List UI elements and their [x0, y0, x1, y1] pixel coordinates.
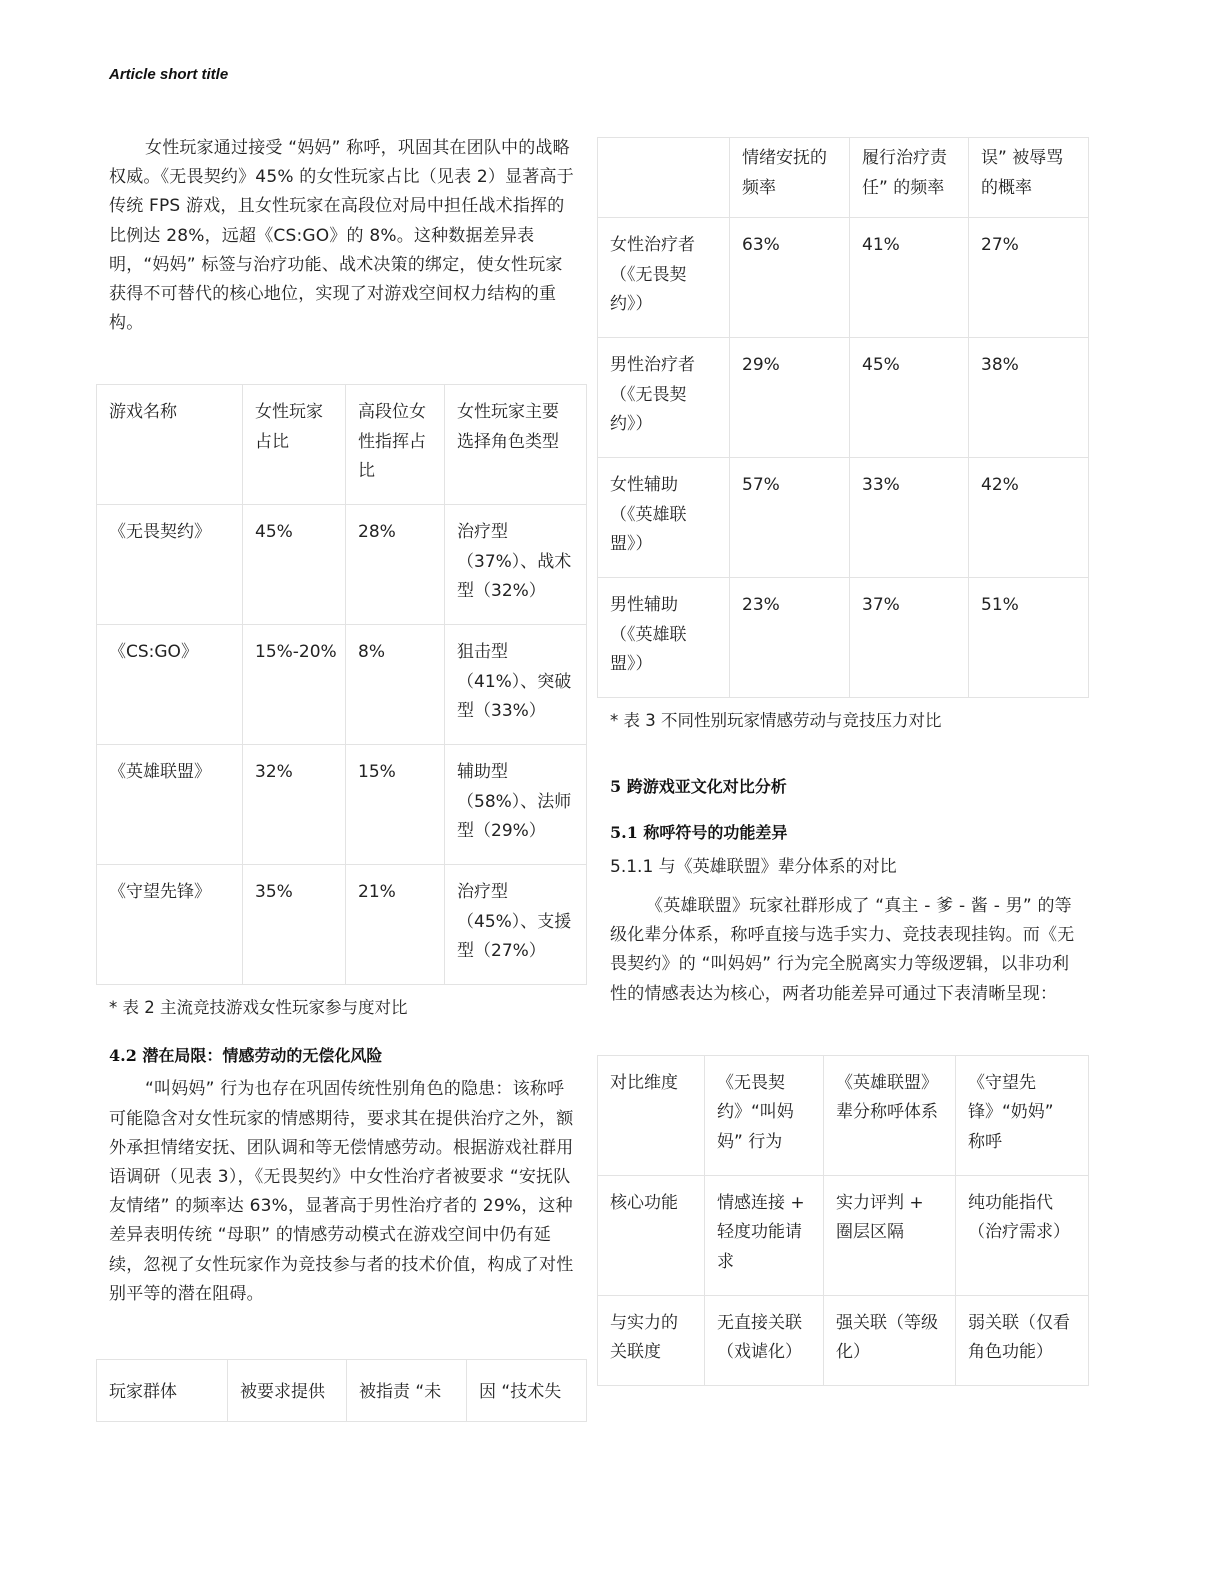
table-cell: 21% [346, 865, 445, 985]
paragraph-emotional-labor: “叫妈妈” 行为也存在巩固传统性别角色的隐患：该称呼可能隐含对女性玩家的情感期待… [96, 1075, 587, 1309]
table-cell: 《CS:GO》 [97, 625, 243, 745]
table-cell: 38% [969, 338, 1089, 458]
table-cell: 37% [850, 578, 969, 698]
table-row: 《英雄联盟》 32% 15% 辅助型（58%）、法师型（29%） [97, 745, 587, 865]
table-header-cell: 《守望先锋》“奶妈” 称呼 [956, 1055, 1089, 1175]
table-cell: 女性辅助（《英雄联盟》） [598, 458, 730, 578]
table-2-caption: * 表 2 主流竞技游戏女性玩家参与度对比 [96, 995, 587, 1021]
table-cell: 15% [346, 745, 445, 865]
right-column: 情绪安抚的频率 履行治疗责任” 的频率 误” 被辱骂的概率 女性治疗者（《无畏契… [597, 130, 1089, 1386]
table-header-row: 玩家群体 被要求提供 被指责 “未 因 “技术失 [97, 1360, 587, 1422]
table-3-header-part: 玩家群体 被要求提供 被指责 “未 因 “技术失 [96, 1359, 587, 1422]
table-cell: 63% [730, 218, 850, 338]
table-cell: 与实力的关联度 [598, 1295, 705, 1385]
table-header-row: 情绪安抚的频率 履行治疗责任” 的频率 误” 被辱骂的概率 [598, 138, 1089, 218]
table-cell: 57% [730, 458, 850, 578]
table-header-cell: 女性玩家占比 [243, 385, 346, 505]
table-row: 《CS:GO》 15%-20% 8% 狙击型（41%）、突破型（33%） [97, 625, 587, 745]
left-column: 女性玩家通过接受 “妈妈” 称呼，巩固其在团队中的战略权威。《无畏契约》45% … [96, 130, 587, 1422]
paragraph-mama-authority: 女性玩家通过接受 “妈妈” 称呼，巩固其在团队中的战略权威。《无畏契约》45% … [96, 130, 587, 338]
table-row: 女性辅助（《英雄联盟》） 57% 33% 42% [598, 458, 1089, 578]
table-cell: 强关联（等级化） [824, 1295, 956, 1385]
table-cell: 35% [243, 865, 346, 985]
table-cell: 28% [346, 505, 445, 625]
table-header-cell: 误” 被辱骂的概率 [969, 138, 1089, 218]
table-header-cell: 游戏名称 [97, 385, 243, 505]
table-3-caption: * 表 3 不同性别玩家情感劳动与竞技压力对比 [597, 708, 1089, 734]
table-4-naming-comparison: 对比维度 《无畏契约》“叫妈妈” 行为 《英雄联盟》辈分称呼体系 《守望先锋》“… [597, 1055, 1089, 1386]
table-cell: 狙击型（41%）、突破型（33%） [445, 625, 587, 745]
section-5-1-heading: 5.1 称呼符号的功能差异 [597, 820, 1089, 846]
table-header-cell: 因 “技术失 [467, 1360, 587, 1422]
table-cell: 纯功能指代（治疗需求） [956, 1175, 1089, 1295]
table-header-cell: 玩家群体 [97, 1360, 228, 1422]
table-cell: 15%-20% [243, 625, 346, 745]
table-cell: 《无畏契约》 [97, 505, 243, 625]
table-cell: 男性治疗者（《无畏契约》） [598, 338, 730, 458]
table-row: 核心功能 情感连接 + 轻度功能请求 实力评判 + 圈层区隔 纯功能指代（治疗需… [598, 1175, 1089, 1295]
table-cell: 29% [730, 338, 850, 458]
table-cell: 45% [850, 338, 969, 458]
table-cell: 弱关联（仅看角色功能） [956, 1295, 1089, 1385]
table-header-row: 对比维度 《无畏契约》“叫妈妈” 行为 《英雄联盟》辈分称呼体系 《守望先锋》“… [598, 1055, 1089, 1175]
table-row: 《守望先锋》 35% 21% 治疗型（45%）、支援型（27%） [97, 865, 587, 985]
running-title: Article short title [109, 66, 228, 83]
table-row: 男性治疗者（《无畏契约》） 29% 45% 38% [598, 338, 1089, 458]
table-cell: 8% [346, 625, 445, 745]
table-cell: 男性辅助（《英雄联盟》） [598, 578, 730, 698]
table-cell: 45% [243, 505, 346, 625]
table-header-cell: 《英雄联盟》辈分称呼体系 [824, 1055, 956, 1175]
section-5-heading: 5 跨游戏亚文化对比分析 [597, 774, 1089, 800]
table-row: 《无畏契约》 45% 28% 治疗型（37%）、战术型（32%） [97, 505, 587, 625]
table-header-cell: 《无畏契约》“叫妈妈” 行为 [705, 1055, 824, 1175]
table-cell: 32% [243, 745, 346, 865]
table-cell: 42% [969, 458, 1089, 578]
table-cell: 27% [969, 218, 1089, 338]
table-header-row: 游戏名称 女性玩家占比 高段位女性指挥占比 女性玩家主要选择角色类型 [97, 385, 587, 505]
table-header-cell: 履行治疗责任” 的频率 [850, 138, 969, 218]
paragraph-lol-hierarchy: 《英雄联盟》玩家社群形成了 “真主 - 爹 - 酱 - 男” 的等级化辈分体系，… [597, 892, 1089, 1009]
table-cell: 《英雄联盟》 [97, 745, 243, 865]
table-cell: 51% [969, 578, 1089, 698]
table-3-continued: 情绪安抚的频率 履行治疗责任” 的频率 误” 被辱骂的概率 女性治疗者（《无畏契… [597, 137, 1089, 698]
table-row: 女性治疗者（《无畏契约》） 63% 41% 27% [598, 218, 1089, 338]
table-row: 与实力的关联度 无直接关联（戏谑化） 强关联（等级化） 弱关联（仅看角色功能） [598, 1295, 1089, 1385]
table-cell: 33% [850, 458, 969, 578]
table-header-cell: 被指责 “未 [347, 1360, 467, 1422]
table-2-female-participation: 游戏名称 女性玩家占比 高段位女性指挥占比 女性玩家主要选择角色类型 《无畏契约… [96, 384, 587, 985]
table-cell: 无直接关联（戏谑化） [705, 1295, 824, 1385]
table-cell: 辅助型（58%）、法师型（29%） [445, 745, 587, 865]
table-cell: 女性治疗者（《无畏契约》） [598, 218, 730, 338]
table-cell: 情感连接 + 轻度功能请求 [705, 1175, 824, 1295]
table-cell: 治疗型（45%）、支援型（27%） [445, 865, 587, 985]
table-header-cell: 高段位女性指挥占比 [346, 385, 445, 505]
table-header-cell [598, 138, 730, 218]
section-4-2-heading: 4.2 潜在局限：情感劳动的无偿化风险 [96, 1043, 587, 1069]
table-header-cell: 女性玩家主要选择角色类型 [445, 385, 587, 505]
table-cell: 41% [850, 218, 969, 338]
table-row: 男性辅助（《英雄联盟》） 23% 37% 51% [598, 578, 1089, 698]
table-header-cell: 情绪安抚的频率 [730, 138, 850, 218]
table-cell: 23% [730, 578, 850, 698]
table-header-cell: 被要求提供 [228, 1360, 347, 1422]
table-cell: 核心功能 [598, 1175, 705, 1295]
table-cell: 实力评判 + 圈层区隔 [824, 1175, 956, 1295]
table-header-cell: 对比维度 [598, 1055, 705, 1175]
section-5-1-1-heading: 5.1.1 与《英雄联盟》辈分体系的对比 [597, 854, 1089, 880]
table-cell: 治疗型（37%）、战术型（32%） [445, 505, 587, 625]
table-cell: 《守望先锋》 [97, 865, 243, 985]
